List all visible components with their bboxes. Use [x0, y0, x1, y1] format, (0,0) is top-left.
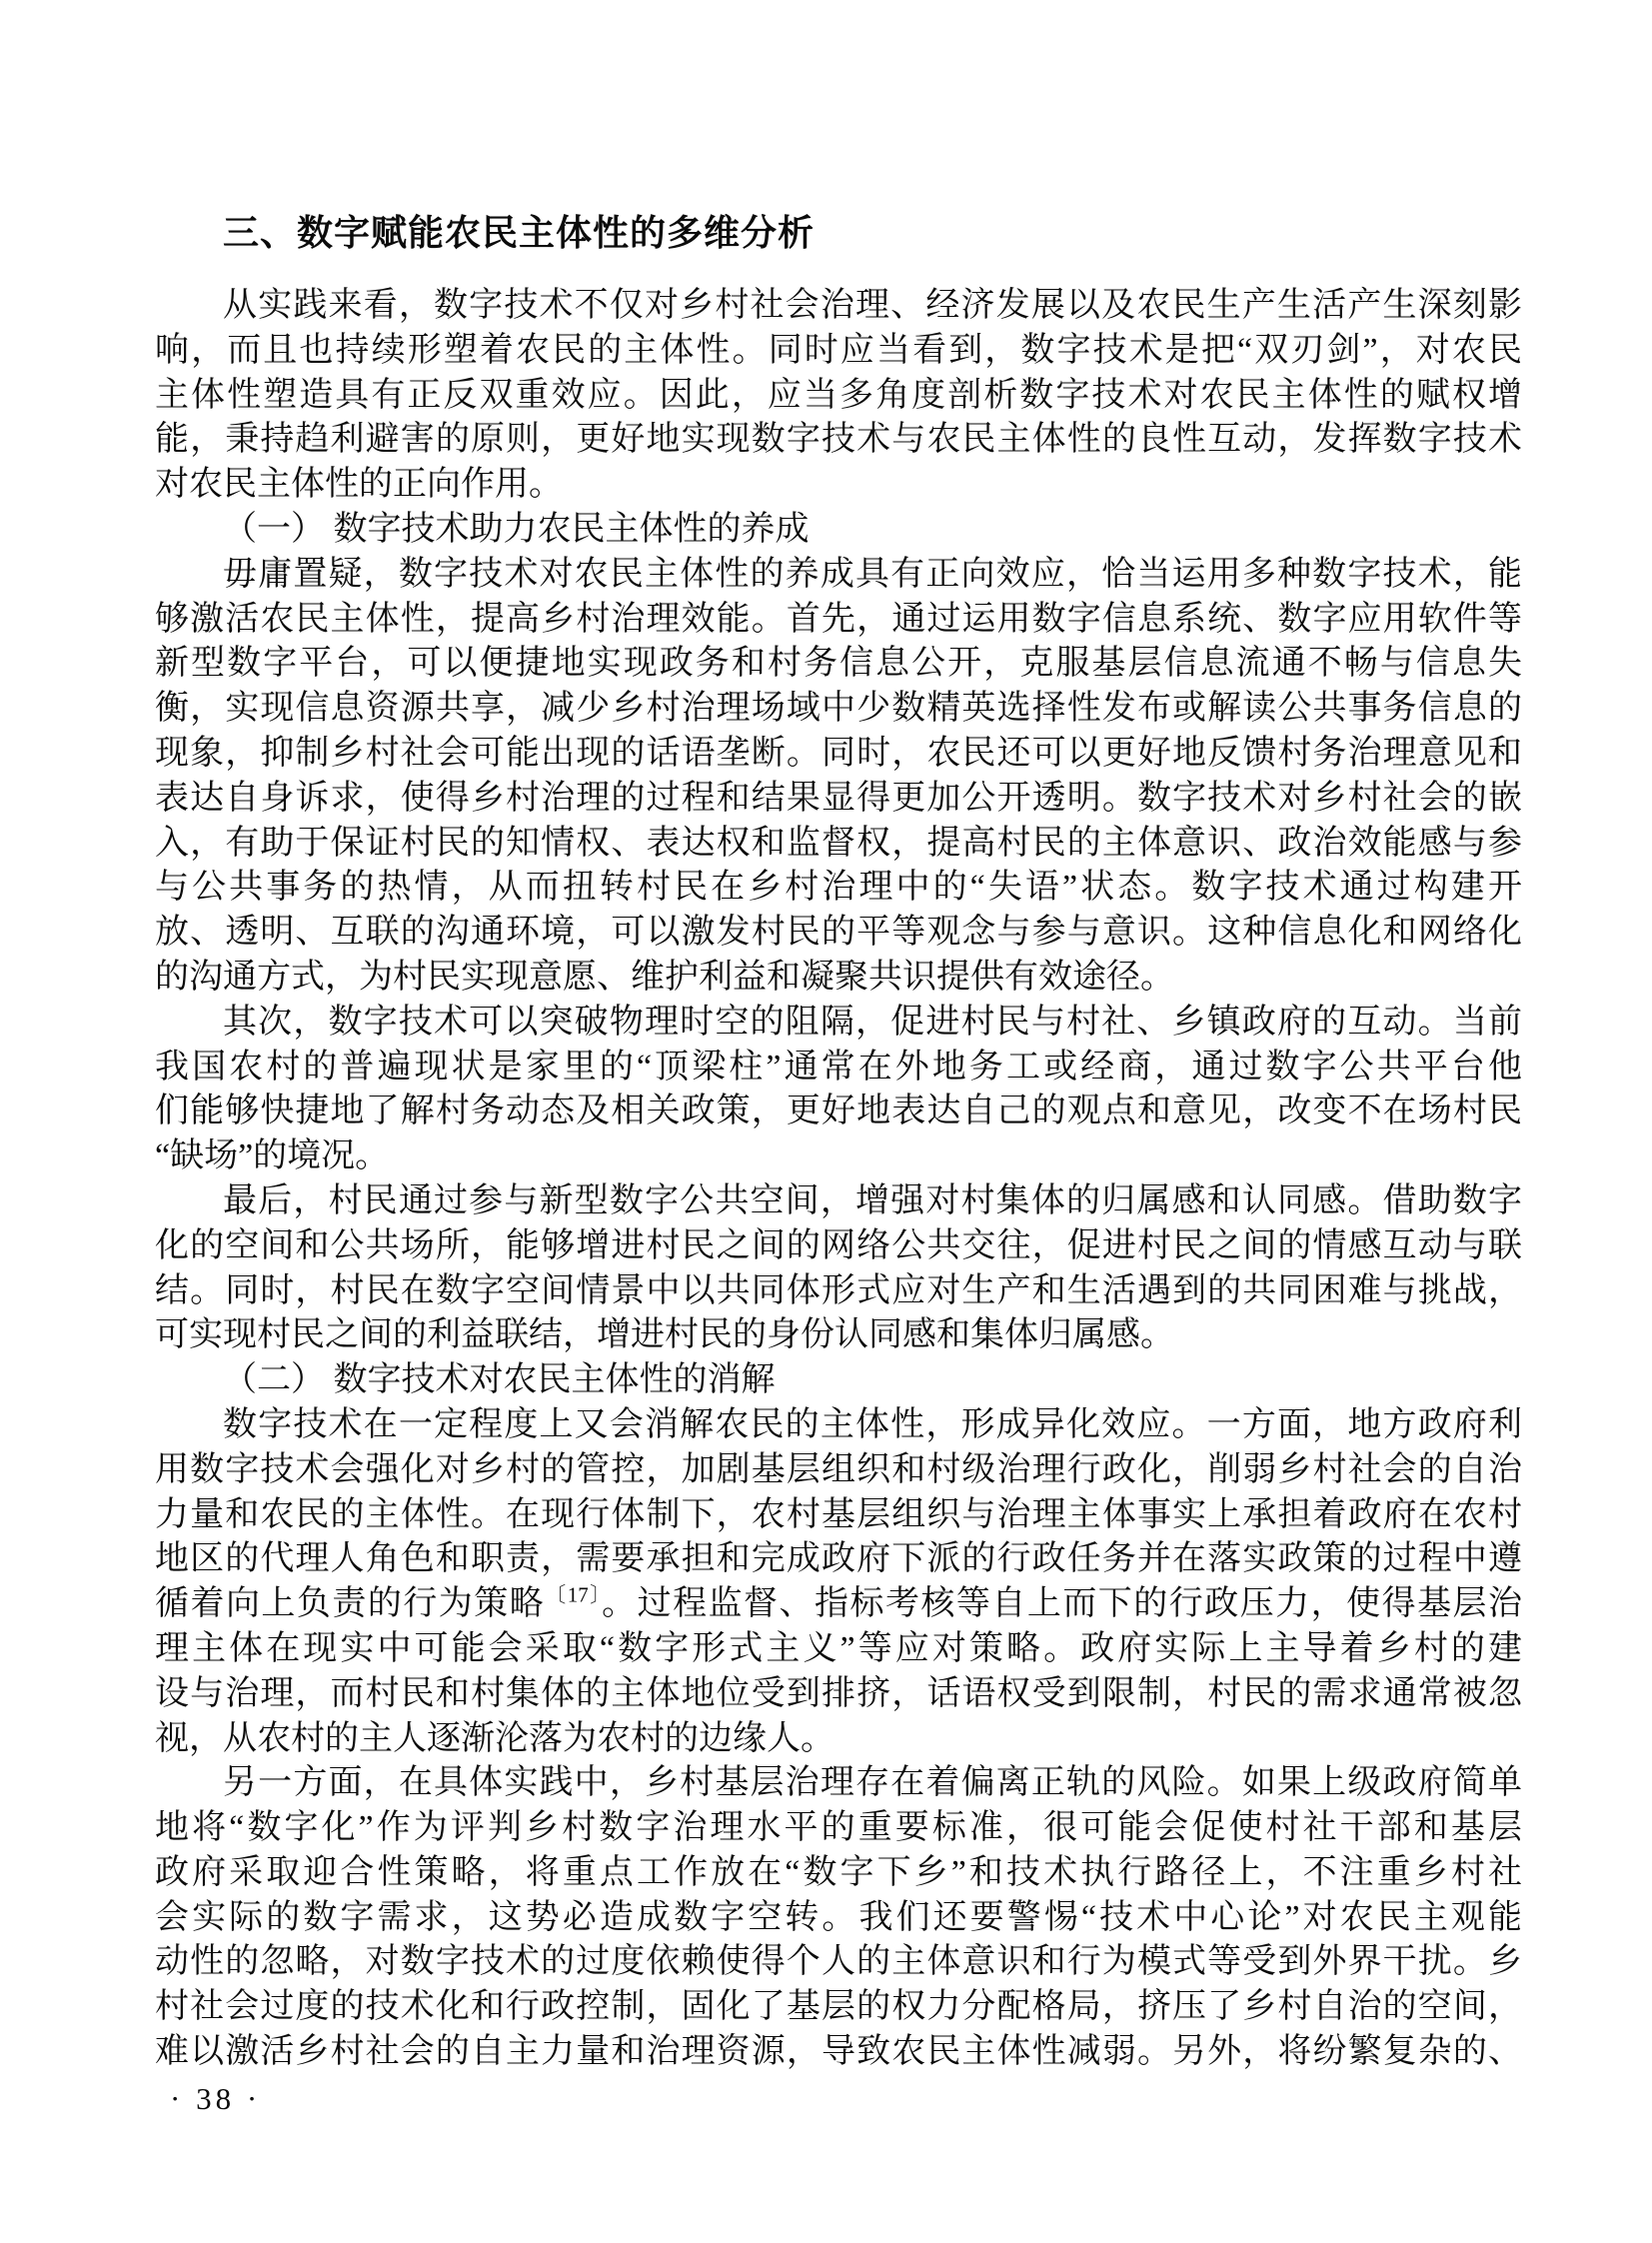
document-body: 从实践来看，数字技术不仅对乡村社会治理、经济发展以及农民生产生活产生深刻影响，而…: [155, 284, 1522, 2075]
paragraph: 从实践来看，数字技术不仅对乡村社会治理、经济发展以及农民生产生活产生深刻影响，而…: [155, 284, 1522, 508]
paragraph: 毋庸置疑，数字技术对农民主体性的养成具有正向效应，恰当运用多种数字技术，能够激活…: [155, 553, 1522, 1001]
page-number: · 38 ·: [170, 2081, 261, 2117]
text-line: 可实现村民之间的利益联结，增进村民的身份认同感和集体归属感。: [155, 1313, 1522, 1358]
text-line: 视，从农村的主人逐渐沦落为农村的边缘人。: [155, 1717, 1522, 1762]
document-content: 三、数字赋能农民主体性的多维分析 从实践来看，数字技术不仅对乡村社会治理、经济发…: [155, 210, 1522, 2075]
text-line: 难以激活乡村社会的自主力量和治理资源，导致农民主体性减弱。另外，将纷繁复杂的、: [155, 2030, 1522, 2075]
text-line: 另一方面，在具体实践中，乡村基层治理存在着偏离正轨的风险。如果上级政府简单: [155, 1761, 1522, 1806]
text-line: “缺场”的境况。: [155, 1134, 1522, 1179]
text-line: 力量和农民的主体性。在现行体制下，农村基层组织与治理主体事实上承担着政府在农村: [155, 1493, 1522, 1538]
text-line: 的沟通方式，为村民实现意愿、维护利益和凝聚共识提供有效途径。: [155, 956, 1522, 1001]
text-line: 数字技术在一定程度上又会消解农民的主体性，形成异化效应。一方面，地方政府利: [155, 1403, 1522, 1448]
subheading: （一） 数字技术助力农民主体性的养成: [155, 508, 1522, 553]
text-line: 化的空间和公共场所，能够增进村民之间的网络公共交往，促进村民之间的情感互动与联: [155, 1224, 1522, 1269]
text-line: 动性的忽略，对数字技术的过度依赖使得个人的主体意识和行为模式等受到外界干扰。乡: [155, 1940, 1522, 1985]
text-line: （二） 数字技术对农民主体性的消解: [155, 1358, 1522, 1403]
page: 三、数字赋能农民主体性的多维分析 从实践来看，数字技术不仅对乡村社会治理、经济发…: [0, 0, 1652, 2243]
paragraph: 最后，村民通过参与新型数字公共空间，增强对村集体的归属感和认同感。借助数字化的空…: [155, 1179, 1522, 1358]
section-heading: 三、数字赋能农民主体性的多维分析: [155, 210, 1522, 256]
text-line: 地将“数字化”作为评判乡村数字治理水平的重要标准，很可能会促使村社干部和基层: [155, 1806, 1522, 1851]
text-line: 地区的代理人角色和职责，需要承担和完成政府下派的行政任务并在落实政策的过程中遵: [155, 1537, 1522, 1582]
text-line: 会实际的数字需求，这势必造成数字空转。我们还要警惕“技术中心论”对农民主观能: [155, 1896, 1522, 1941]
text-line: 们能够快捷地了解村务动态及相关政策，更好地表达自己的观点和意见，改变不在场村民: [155, 1090, 1522, 1134]
text-line: 其次，数字技术可以突破物理时空的阻隔，促进村民与村社、乡镇政府的互动。当前: [155, 1001, 1522, 1046]
text-line: 表达自身诉求，使得乡村治理的过程和结果显得更加公开透明。数字技术对乡村社会的嵌: [155, 777, 1522, 822]
paragraph: 数字技术在一定程度上又会消解农民的主体性，形成异化效应。一方面，地方政府利用数字…: [155, 1403, 1522, 1761]
text-line: 最后，村民通过参与新型数字公共空间，增强对村集体的归属感和认同感。借助数字: [155, 1179, 1522, 1224]
text-line: 理主体在现实中可能会采取“数字形式主义”等应对策略。政府实际上主导着乡村的建: [155, 1627, 1522, 1672]
text-line: 与公共事务的热情，从而扭转村民在乡村治理中的“失语”状态。数字技术通过构建开: [155, 866, 1522, 911]
text-line: 新型数字平台，可以便捷地实现政务和村务信息公开，克服基层信息流通不畅与信息失: [155, 642, 1522, 687]
text-line: 能，秉持趋利避害的原则，更好地实现数字技术与农民主体性的良性互动，发挥数字技术: [155, 418, 1522, 463]
text-line: 用数字技术会强化对乡村的管控，加剧基层组织和村级治理行政化，削弱乡村社会的自治: [155, 1448, 1522, 1493]
text-line: 设与治理，而村民和村集体的主体地位受到排挤，话语权受到限制，村民的需求通常被忽: [155, 1672, 1522, 1717]
text-line: 对农民主体性的正向作用。: [155, 463, 1522, 508]
text-line: 主体性塑造具有正反双重效应。因此，应当多角度剖析数字技术对农民主体性的赋权增: [155, 374, 1522, 419]
text-line: 毋庸置疑，数字技术对农民主体性的养成具有正向效应，恰当运用多种数字技术，能: [155, 553, 1522, 598]
text-line: 现象，抑制乡村社会可能出现的话语垄断。同时，农民还可以更好地反馈村务治理意见和: [155, 732, 1522, 777]
text-line: 响，而且也持续形塑着农民的主体性。同时应当看到，数字技术是把“双刃剑”，对农民: [155, 329, 1522, 374]
paragraph: 另一方面，在具体实践中，乡村基层治理存在着偏离正轨的风险。如果上级政府简单地将“…: [155, 1761, 1522, 2075]
text-line: 够激活农民主体性，提高乡村治理效能。首先，通过运用数字信息系统、数字应用软件等: [155, 598, 1522, 643]
text-line: 循着向上负责的行为策略〔17〕。过程监督、指标考核等自上而下的行政压力，使得基层…: [155, 1582, 1522, 1627]
text-line: 入，有助于保证村民的知情权、表达权和监督权，提高村民的主体意识、政治效能感与参: [155, 822, 1522, 867]
text-line: 衡，实现信息资源共享，减少乡村治理场域中少数精英选择性发布或解读公共事务信息的: [155, 687, 1522, 732]
text-line: 我国农村的普遍现状是家里的“顶梁柱”通常在外地务工或经商，通过数字公共平台他: [155, 1046, 1522, 1091]
footnote-reference: 〔17〕: [545, 1583, 602, 1607]
text-line: 结。同时，村民在数字空间情景中以共同体形式应对生产和生活遇到的共同困难与挑战，: [155, 1269, 1522, 1314]
subheading: （二） 数字技术对农民主体性的消解: [155, 1358, 1522, 1403]
text-line: 政府采取迎合性策略，将重点工作放在“数字下乡”和技术执行路径上，不注重乡村社: [155, 1851, 1522, 1896]
text-line: 放、透明、互联的沟通环境，可以激发村民的平等观念与参与意识。这种信息化和网络化: [155, 911, 1522, 956]
text-line: （一） 数字技术助力农民主体性的养成: [155, 508, 1522, 553]
text-line: 从实践来看，数字技术不仅对乡村社会治理、经济发展以及农民生产生活产生深刻影: [155, 284, 1522, 329]
text-line: 村社会过度的技术化和行政控制，固化了基层的权力分配格局，挤压了乡村自治的空间，: [155, 1985, 1522, 2030]
paragraph: 其次，数字技术可以突破物理时空的阻隔，促进村民与村社、乡镇政府的互动。当前我国农…: [155, 1001, 1522, 1179]
